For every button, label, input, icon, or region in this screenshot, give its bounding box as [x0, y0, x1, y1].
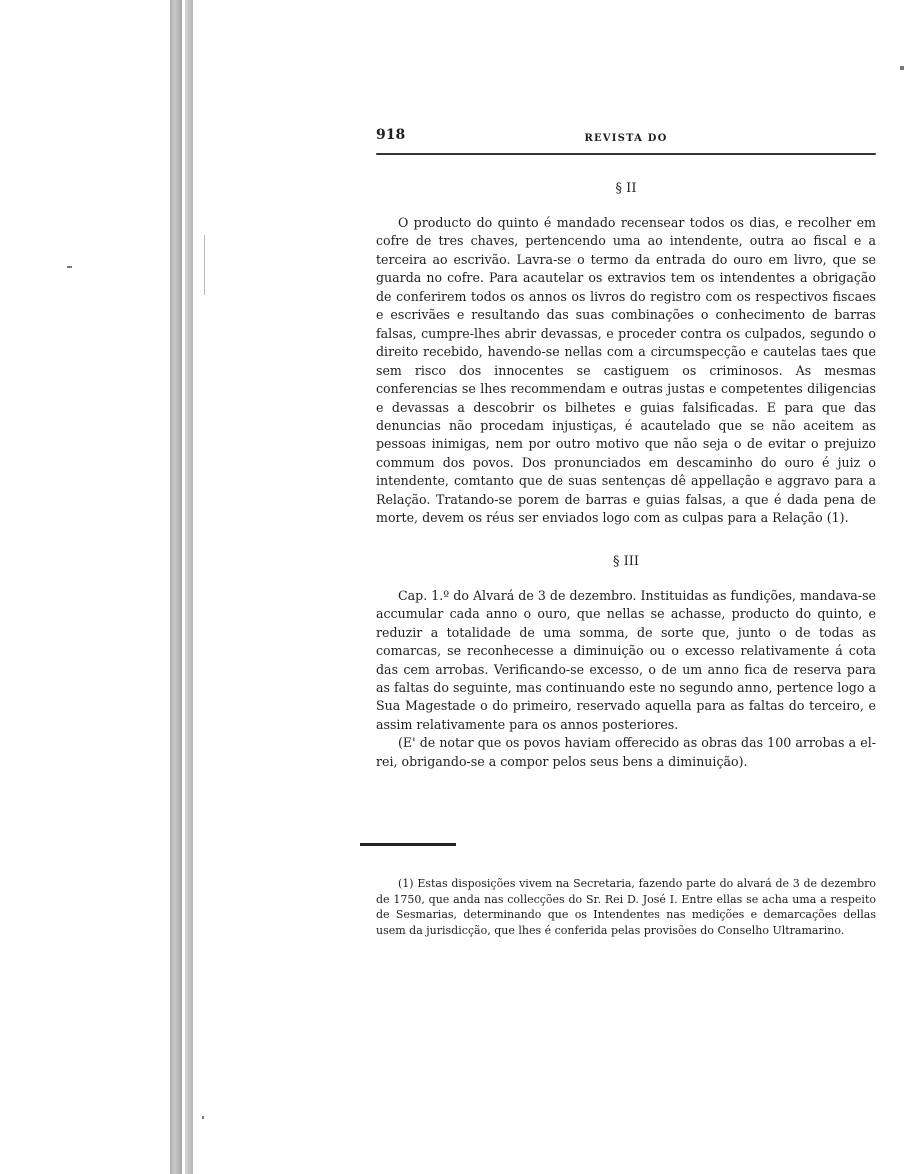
- scan-speck: [202, 1116, 204, 1119]
- footnote: (1) Estas disposições vivem na Secretari…: [376, 876, 876, 938]
- section-3-paragraph-1: Cap. 1.º do Alvará de 3 de dezembro. Ins…: [376, 587, 876, 735]
- header-rule: [376, 153, 876, 155]
- footnote-rule: [360, 843, 456, 846]
- section-heading-3: § III: [376, 554, 876, 569]
- scan-speck: [900, 66, 904, 70]
- section-2-paragraph: O producto do quinto é mandado recensear…: [376, 214, 876, 528]
- binding-edge-dark: [170, 0, 182, 1174]
- section-3-paragraph-2: (E' de notar que os povos haviam offerec…: [376, 734, 876, 771]
- scan-speck: [67, 266, 72, 268]
- running-title: REVISTA DO: [376, 133, 876, 144]
- page-header: 918 REVISTA DO: [376, 123, 876, 153]
- binding-mark: [204, 235, 205, 295]
- book-binding-gutter: [170, 0, 194, 1174]
- book-page: 918 REVISTA DO § II O producto do quinto…: [376, 123, 876, 939]
- section-heading-2: § II: [376, 181, 876, 196]
- binding-edge-light: [185, 0, 193, 1174]
